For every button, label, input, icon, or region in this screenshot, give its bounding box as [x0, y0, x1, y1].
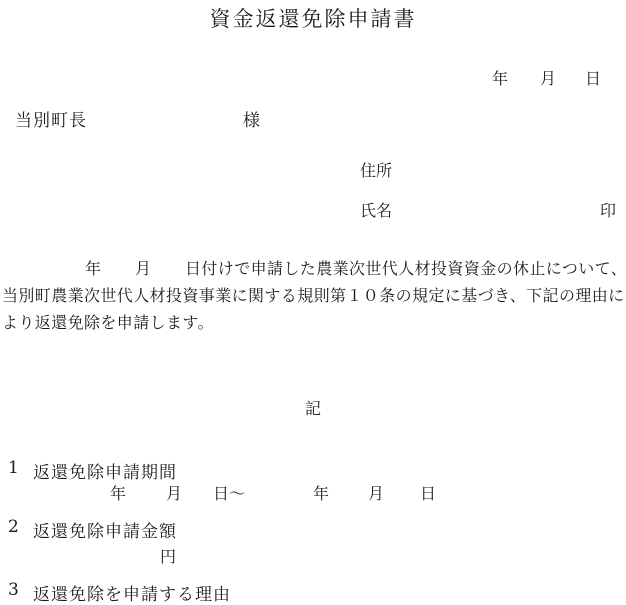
body-line-3: より返還免除を申請します。 — [2, 310, 214, 333]
period-start-month-label: 月 — [166, 481, 182, 504]
ki-marker: 記 — [0, 396, 626, 419]
date-top-month-label: 月 — [540, 66, 556, 89]
address-label: 住所 — [360, 158, 392, 181]
item-1-number: 1 — [8, 458, 20, 478]
body-line-2: 当別町農業次世代人材投資事業に関する規則第１０条の規定に基づき、下記の理由に — [2, 283, 625, 306]
item-2-number: 2 — [8, 517, 20, 537]
period-start-day-label: 日～ — [213, 481, 245, 504]
period-end-year-label: 年 — [313, 481, 329, 504]
item-3-number: 3 — [8, 580, 20, 600]
body-month-label: 月 — [135, 256, 151, 279]
amount-unit-label: 円 — [160, 544, 176, 567]
date-top-year-label: 年 — [492, 66, 508, 89]
addressee-name: 当別町長 — [15, 106, 87, 131]
seal-label: 印 — [600, 198, 616, 221]
body-line-1-text: 日付けで申請した農業次世代人材投資資金の休止について、 — [185, 256, 626, 279]
item-3-label: 返還免除を申請する理由 — [33, 580, 231, 605]
period-end-day-label: 日 — [420, 481, 436, 504]
period-start-year-label: 年 — [110, 481, 126, 504]
body-year-label: 年 — [85, 256, 101, 279]
date-top-day-label: 日 — [585, 66, 601, 89]
item-2-label: 返還免除申請金額 — [33, 517, 177, 542]
name-label: 氏名 — [360, 198, 392, 221]
item-1-label: 返還免除申請期間 — [33, 458, 177, 483]
document-title: 資金返還免除申請書 — [0, 3, 626, 33]
period-end-month-label: 月 — [368, 481, 384, 504]
addressee-honorific: 様 — [243, 106, 261, 131]
application-form-document: 資金返還免除申請書 年 月 日 当別町長 様 住所 氏名 印 年 月 日付けで申… — [0, 0, 626, 605]
